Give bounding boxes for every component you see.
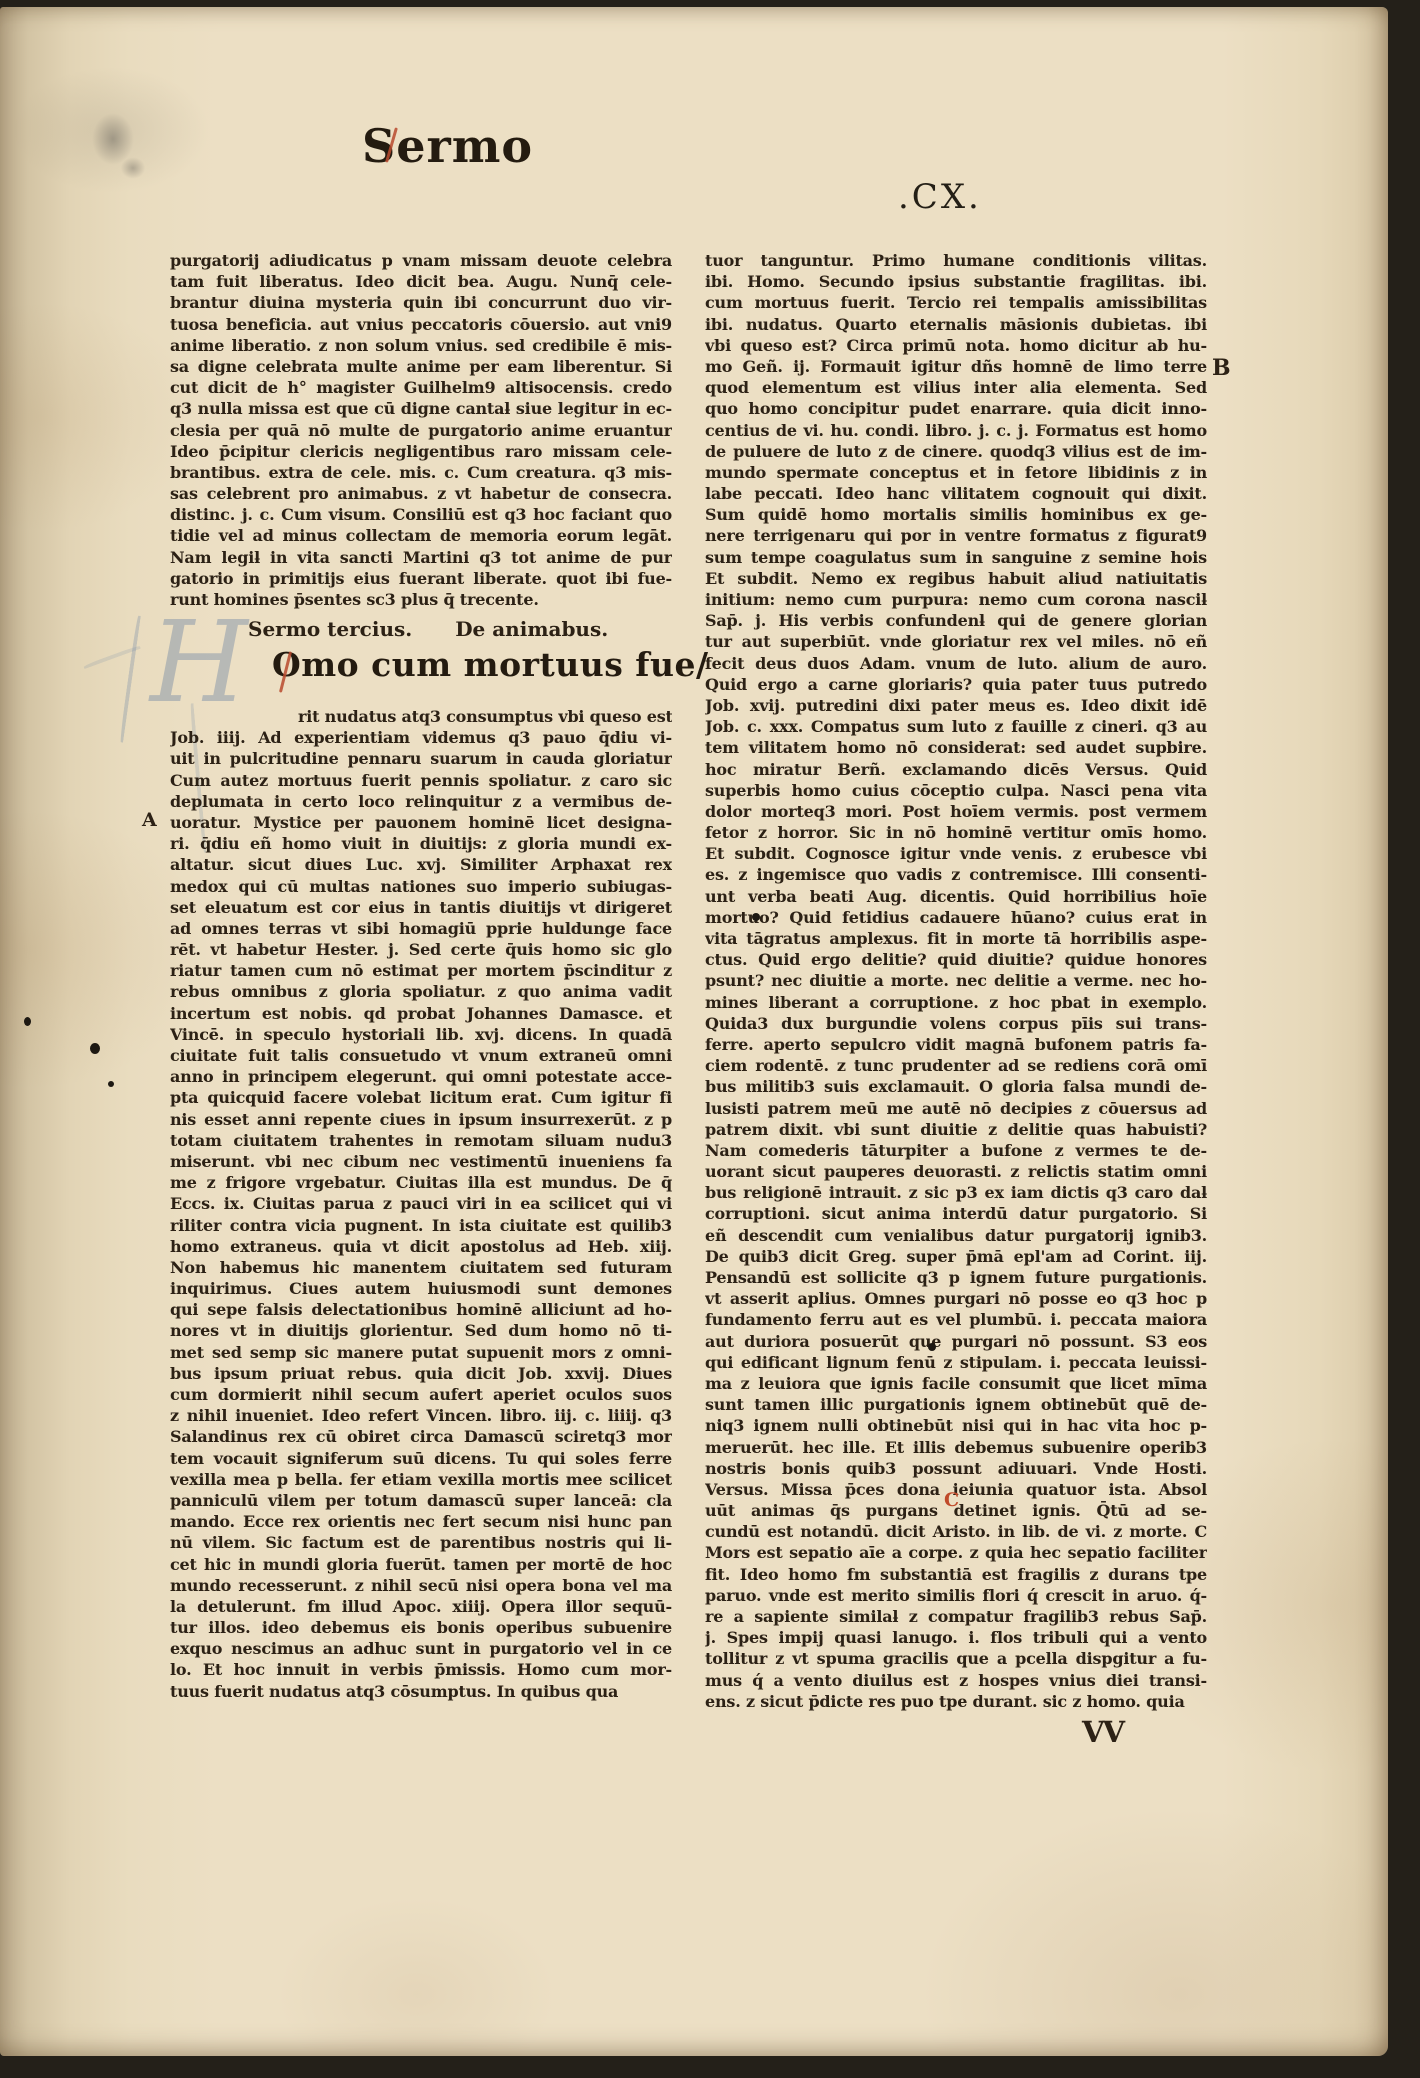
text-line: gatorio in primitijs eius fuerant libera… — [170, 568, 672, 589]
text-line: lusisti patrem meū me autē nō decipies z… — [705, 1098, 1207, 1119]
text-line: rit nudatus atq3 consumptus vbi queso es… — [170, 706, 672, 727]
text-line: anime liberatio. z non solum vnius. sed … — [170, 335, 672, 356]
text-line: ad omnes terras vt sibi homagiū pprie hu… — [170, 918, 672, 939]
text-line: ri. q̄diu eñ homo viuit in diuitijs: z g… — [170, 833, 672, 854]
text-line: deplumata in certo loco relinquitur z a … — [170, 791, 672, 812]
running-title: Sermo — [362, 119, 533, 173]
text-line: z nihil inueniet. Ideo refert Vincen. li… — [170, 1405, 672, 1426]
left-column-paragraph-1: purgatorij adiudicatus p vnam missam deu… — [170, 250, 672, 610]
text-line: unt verba beati Aug. dicentis. Quid horr… — [705, 886, 1207, 907]
text-line: qui sepe falsis delectationibus hominē a… — [170, 1299, 672, 1320]
text-line: tuor tanguntur. Primo humane conditionis… — [705, 250, 1207, 271]
text-line: met sed semp sic manere putat supuenit m… — [170, 1342, 672, 1363]
text-line: eñ descendit cum venialibus datur purgat… — [705, 1225, 1207, 1246]
text-line: ciem rodentē. z tunc prudenter ad se red… — [705, 1055, 1207, 1076]
text-line: Nam legiƚ in vita sancti Martini q3 tot … — [170, 547, 672, 568]
text-line: miserunt. vbi nec cibum nec vestimentū i… — [170, 1151, 672, 1172]
left-column-paragraph-2: rit nudatus atq3 consumptus vbi queso es… — [170, 706, 672, 1702]
manuscript-initial: H — [150, 607, 248, 719]
text-line: tur illos. ideo debemus eis bonis operib… — [170, 1617, 672, 1638]
text-line: tam fuit liberatus. Ideo dicit bea. Augu… — [170, 271, 672, 292]
text-line: re a sapiente similaƚ z compatur fragili… — [705, 1606, 1207, 1627]
text-line: hoc miratur Berñ. exclamando dicēs Versu… — [705, 759, 1207, 780]
text-line: tuosa beneficia. aut vnius peccatoris cō… — [170, 314, 672, 335]
text-line: nostris bonis quib3 possunt adiuuari. Vn… — [705, 1458, 1207, 1479]
text-line: paruo. vnde est merito similis flori q́ … — [705, 1585, 1207, 1606]
text-line: rebus omnibus z gloria spoliatur. z quo … — [170, 981, 672, 1002]
text-line: Eccs. ix. Ciuitas parua z pauci viri in … — [170, 1193, 672, 1214]
text-line: sas celebrent pro animabus. z vt habetur… — [170, 483, 672, 504]
ink-speck — [24, 1017, 31, 1026]
text-line: brantur diuina mysteria quin ibi concurr… — [170, 292, 672, 313]
text-line: pta quicquid facere volebat licitum erat… — [170, 1087, 672, 1108]
rubric-capitulum-mark: C — [944, 1489, 959, 1511]
text-line: Et subdit. Cognosce igitur vnde venis. z… — [705, 843, 1207, 864]
text-line: Ideo p̄cipitur clericis negligentibus ra… — [170, 441, 672, 462]
text-line: exquo nescimus an adhuc sunt in purgator… — [170, 1638, 672, 1659]
section-heading-title: Sermo tercius. — [248, 617, 412, 641]
text-line: quod elementum est vilius inter alia ele… — [705, 377, 1207, 398]
text-line: Vincē. in speculo hystoriali lib. xvj. d… — [170, 1024, 672, 1045]
section-heading-subject: De animabus. — [455, 617, 608, 641]
text-line: ibi. Homo. Secundo ipsius substantie fra… — [705, 271, 1207, 292]
text-line: tidie vel ad minus collectam de memoria … — [170, 525, 672, 546]
text-line: tem vocauit signiferum suū dicens. Tu qu… — [170, 1448, 672, 1469]
book-page: Sermo .CX. purgatorij adiudicatus p vnam… — [0, 7, 1388, 2056]
scan-background: Sermo .CX. purgatorij adiudicatus p vnam… — [0, 0, 1420, 2078]
text-line: labe peccati. Ideo hanc vilitatem cognou… — [705, 483, 1207, 504]
text-line: q3 nulla missa est que cū digne cantaƚ s… — [170, 398, 672, 419]
text-line: ma z leuiora que ignis facile consumit q… — [705, 1373, 1207, 1394]
text-line: ciuitate fuit talis consuetudo vt vnum e… — [170, 1045, 672, 1066]
text-line: Sap̄. j. His verbis confundenƚ qui de ge… — [705, 610, 1207, 631]
text-line: bus religionē intrauit. z sic p3 ex iam … — [705, 1182, 1207, 1203]
text-line: cut dicit de h° magister Guilhelm9 altis… — [170, 377, 672, 398]
text-line: Job. c. xxx. Compatus sum luto z fauille… — [705, 716, 1207, 737]
text-line: aut duriora posuerūt que purgari nō poss… — [705, 1331, 1207, 1352]
text-line: Et subdit. Nemo ex regibus habuit aliud … — [705, 568, 1207, 589]
text-line: riliter contra vicia pugnent. In ista ci… — [170, 1215, 672, 1236]
text-line: mundo spermate conceptus et in fetore li… — [705, 462, 1207, 483]
text-line: distinc. j. c. Cum visum. Consiliū est q… — [170, 504, 672, 525]
text-line: dolor morteq3 mori. Post hoīem vermis. p… — [705, 801, 1207, 822]
gray-smudge-small — [116, 153, 150, 183]
text-line: Job. iiij. Ad experientiam videmus q3 pa… — [170, 727, 672, 748]
text-line: la detulerunt. fm illud Apoc. xiiij. Ope… — [170, 1596, 672, 1617]
text-line: uit in pulcritudine pennaru suarum in ca… — [170, 748, 672, 769]
text-line: vbi queso est? Circa primū nota. homo di… — [705, 335, 1207, 356]
margin-letter-b: B — [1212, 355, 1231, 381]
text-line: vt asserit aplius. Omnes purgari nō poss… — [705, 1288, 1207, 1309]
ink-speck — [752, 913, 760, 921]
text-line: homo extraneus. quia vt dicit apostolus … — [170, 1236, 672, 1257]
text-line: Non habemus hic manentem ciuitatem sed f… — [170, 1257, 672, 1278]
text-line: incertum est nobis. qd probat Johannes D… — [170, 1003, 672, 1024]
sermon-opening-line: Omo cum mortuus fue/ — [272, 645, 676, 697]
text-line: purgatorij adiudicatus p vnam missam deu… — [170, 250, 672, 271]
text-line: Job. xvij. putredini dixi pater meus es.… — [705, 695, 1207, 716]
initial-flourish — [119, 615, 141, 742]
text-line: panniculū vilem per totum damascū super … — [170, 1490, 672, 1511]
text-line: qui edificant lignum fenū z stipulam. i.… — [705, 1352, 1207, 1373]
text-line: uoratur. Mystice per pauonem hominē lice… — [170, 812, 672, 833]
text-line: ibi. nudatus. Quarto eternalis māsionis … — [705, 314, 1207, 335]
text-line: uorant sicut pauperes deuorasti. z relic… — [705, 1161, 1207, 1182]
text-line: centius de vi. hu. condi. libro. j. c. j… — [705, 420, 1207, 441]
text-line: mundo recesserunt. z nihil secū nisi ope… — [170, 1575, 672, 1596]
text-line: mo Geñ. ij. Formauit igitur dñs homnē de… — [705, 356, 1207, 377]
text-line: corruptioni. sicut anima interdū datur p… — [705, 1203, 1207, 1224]
text-line: nores vt in diuitijs glorientur. Sed dum… — [170, 1320, 672, 1341]
text-line: fetor z horror. Sic in nō hominē vertitu… — [705, 822, 1207, 843]
text-line: nis esset anni repente ciues in ipsum in… — [170, 1109, 672, 1130]
text-line: mortuo? Quid fetidius cadauere hūano? cu… — [705, 907, 1207, 928]
quire-signature: VV — [1082, 1715, 1123, 1749]
text-line: Salandinus rex cū obiret circa Damascū s… — [170, 1426, 672, 1447]
text-line: lo. Et hoc innuit in verbis p̄missis. Ho… — [170, 1659, 672, 1680]
margin-letter-a: A — [142, 809, 157, 831]
folio-number: .CX. — [898, 177, 982, 217]
text-line: Pensandū est sollicite q3 p ignem future… — [705, 1267, 1207, 1288]
text-line: j. Spes impij quasi lanugo. i. flos trib… — [705, 1627, 1207, 1648]
text-line: tuus fuerit nudatus atq3 cōsumptus. In q… — [170, 1681, 672, 1702]
text-line: cum dormierit nihil secum aufert aperiet… — [170, 1384, 672, 1405]
text-line: Quid ergo a carne gloriaris? quia pater … — [705, 674, 1207, 695]
text-line: totam ciuitatem trahentes in remotam sil… — [170, 1130, 672, 1151]
text-line: mando. Ecce rex orientis nec fert secum … — [170, 1511, 672, 1532]
text-line: vexilla mea p bella. fer etiam vexilla m… — [170, 1469, 672, 1490]
text-line: fecit deus duos Adam. vnum de luto. aliu… — [705, 653, 1207, 674]
text-line: ctus. Quid ergo delitie? quid diuitie? q… — [705, 949, 1207, 970]
text-line: De quib3 dicit Greg. super p̄mā epl'am a… — [705, 1246, 1207, 1267]
text-line: ens. z sicut p̄dicte res puo tpe durant.… — [705, 1691, 1207, 1712]
text-line: medox qui cū multas nationes suo imperio… — [170, 876, 672, 897]
text-line: psunt? nec diuitie a morte. nec delitie … — [705, 970, 1207, 991]
text-line: brantibus. extra de cele. mis. c. Cum cr… — [170, 462, 672, 483]
text-line: nere terrigenaru qui por in ventre forma… — [705, 525, 1207, 546]
text-line: Nam comederis tāturpiter a bufone z verm… — [705, 1140, 1207, 1161]
text-line: inquirimus. Ciues autem huiusmodi sunt d… — [170, 1278, 672, 1299]
text-line: quo homo concipitur pudet enarrare. quia… — [705, 398, 1207, 419]
ink-speck — [90, 1043, 100, 1054]
text-line: riatur tamen cum nō estimat per mortem p… — [170, 960, 672, 981]
text-line: sa digne celebrata multe anime per eam l… — [170, 356, 672, 377]
text-line: anno in principem elegerunt. qui omni po… — [170, 1066, 672, 1087]
text-line: superbis homo cuius cōceptio culpa. Nasc… — [705, 780, 1207, 801]
text-line: sunt tamen illic purgationis ignem obtin… — [705, 1394, 1207, 1415]
text-line: patrem dixit. vbi sunt diuitie z delitie… — [705, 1119, 1207, 1140]
text-line: rēt. vt habetur Hester. j. Sed certe q̄u… — [170, 939, 672, 960]
ink-speck — [928, 1343, 936, 1351]
text-line: cundū est notandū. dicit Aristo. in lib.… — [705, 1521, 1207, 1542]
text-line: sum tempe coagulatus sum in sanguine z s… — [705, 547, 1207, 568]
text-line: Sum quidē homo mortalis similis hominibu… — [705, 504, 1207, 525]
text-line: mines liberant a corruptione. z hoc pbat… — [705, 992, 1207, 1013]
text-line: Mors est sepatio aīe a corpe. z quia hec… — [705, 1542, 1207, 1563]
text-line: Quida3 dux burgundie volens corpus pīis … — [705, 1013, 1207, 1034]
text-line: vita tāgratus amplexus. fit in morte tā … — [705, 928, 1207, 949]
text-line: tollitur z vt spuma gracilis que a pcell… — [705, 1648, 1207, 1669]
text-line: es. z ingemisce quo vadis z contremisce.… — [705, 864, 1207, 885]
text-line: altatur. sicut diues Luc. xvj. Similiter… — [170, 854, 672, 875]
text-line: fit. Ideo homo fm substantiā est fragili… — [705, 1564, 1207, 1585]
text-line: niq3 ignem nulli obtinebūt nisi qui in h… — [705, 1415, 1207, 1436]
text-line: bus militib3 suis exclamauit. O gloria f… — [705, 1076, 1207, 1097]
text-line: me z frigore vrgebatur. Ciuitas illa est… — [170, 1172, 672, 1193]
text-line: ferre. aperto sepulcro vidit magnā bufon… — [705, 1034, 1207, 1055]
text-line: nū vilem. Sic factum est de parentibus n… — [170, 1532, 672, 1553]
text-line: set eleuatum est cor eius in tantis diui… — [170, 897, 672, 918]
text-line: cum mortuus fuerit. Tercio rei tempalis … — [705, 292, 1207, 313]
text-line: meruerūt. hec ille. Et illis debemus sub… — [705, 1437, 1207, 1458]
text-line: mus q́ a vento diuilus est z hospes vniu… — [705, 1670, 1207, 1691]
text-line: Cum autez mortuus fuerit pennis spoliatu… — [170, 770, 672, 791]
text-line: tur aut superbiūt. vnde gloriatur rex ve… — [705, 631, 1207, 652]
text-line: tem vilitatem homo nō considerat: sed au… — [705, 737, 1207, 758]
text-line: initium: nemo cum purpura: nemo cum coro… — [705, 589, 1207, 610]
text-line: clesia per quā nō multe de purgatorio an… — [170, 420, 672, 441]
text-line: fundamento ferru aut es vel plumbū. i. p… — [705, 1309, 1207, 1330]
text-line: cet hic in mundi gloria fuerūt. tamen pe… — [170, 1554, 672, 1575]
text-line: bus ipsum priuat rebus. quia dicit Job. … — [170, 1363, 672, 1384]
ink-speck — [108, 1081, 114, 1087]
text-line: de puluere de luto z de cinere. quodq3 v… — [705, 441, 1207, 462]
